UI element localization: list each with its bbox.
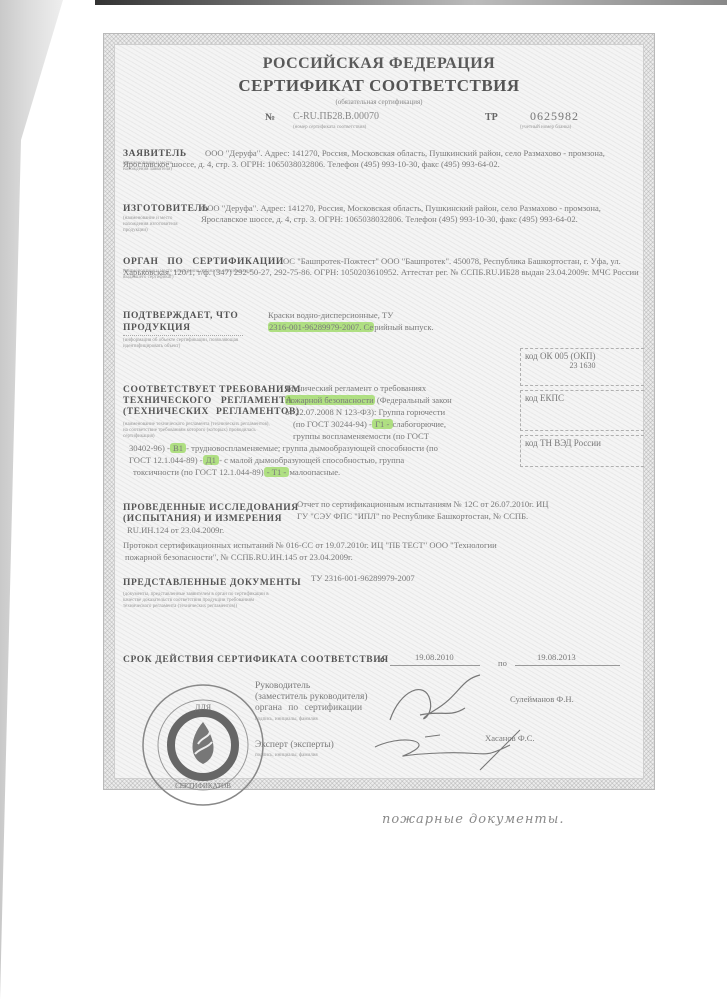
certificate-number: С-RU.ПБ28.В.00070 — [293, 111, 379, 122]
product-label-1: ПОДТВЕРЖДАЕТ, ЧТО — [123, 311, 238, 321]
head-title-2: (заместитель руководителя) — [255, 692, 368, 703]
certificate-subtitle: (обязательная сертификация) — [115, 98, 643, 106]
documents-text: ТУ 2316-001-96289979-2007 — [311, 573, 415, 584]
requirements-label-2: ТЕХНИЧЕСКОГО РЕГЛАМЕНТА — [123, 396, 293, 406]
expert-title: Эксперт (эксперты) — [255, 740, 334, 751]
validity-from: 19.08.2010 — [415, 652, 454, 663]
requirements-line-4: (по ГОСТ 30244-94) - Г1 - слабогорючие, — [293, 419, 446, 430]
highlight-g1: Г1 - — [372, 419, 393, 429]
tests-line-3: RU.ИН.124 от 23.04.2009г. — [127, 525, 224, 536]
tp-label: ТР — [485, 112, 498, 123]
requirements-line-7: ГОСТ 12.1.044-89) - Д1 - с малой дымообр… — [129, 455, 404, 466]
manufacturer-text: ООО "Деруфа". Адрес: 141270, Россия, Мос… — [201, 203, 643, 225]
tp-number: 0625982 — [530, 109, 579, 124]
country-title: РОССИЙСКАЯ ФЕДЕРАЦИЯ — [115, 55, 643, 73]
requirements-line-6: 30402-96) - В1 - трудновоспламеняемые; г… — [129, 443, 438, 454]
number-label: № — [265, 112, 275, 123]
requirements-label-1: СООТВЕТСТВУЕТ ТРЕБОВАНИЯМ — [123, 385, 301, 395]
okp-code-box: код ОК 005 (ОКП) 23 1630 — [520, 348, 644, 386]
tp-caption: (учетный номер бланка) — [520, 125, 571, 130]
validity-to: 19.08.2013 — [537, 652, 576, 663]
manufacturer-caption: (наименование и место нахождения изготов… — [123, 216, 191, 234]
documents-caption: (документы, представленные заявителем в … — [123, 592, 273, 610]
tests-line-2: ГУ "СЭУ ФПС "ИПЛ" по Республике Башкорто… — [297, 511, 528, 522]
handwritten-note: пожарные документы. — [382, 812, 564, 827]
product-caption: (информация об объекте сертификации, поз… — [123, 338, 245, 350]
ekps-code-box: код ЕКПС — [520, 390, 644, 431]
expert-signature-icon — [370, 725, 530, 780]
documents-label: ПРЕДСТАВЛЕННЫЕ ДОКУМЕНТЫ — [123, 578, 301, 588]
okp-code-label: код ОК 005 (ОКП) — [525, 351, 640, 361]
head-signature-icon — [380, 670, 500, 730]
requirements-caption: (наименование технического регламента (т… — [123, 422, 273, 440]
product-text-2: 2316-001-96289979-2007. Серийный выпуск. — [268, 322, 434, 333]
requirements-line-1: Технический регламент о требованиях — [285, 383, 426, 394]
requirements-label-3: (ТЕХНИЧЕСКИХ РЕГЛАМЕНТОВ) — [123, 407, 300, 417]
requirements-line-5: группы воспламеняемости (по ГОСТ — [293, 431, 429, 442]
svg-text:ДЛЯ: ДЛЯ — [195, 703, 212, 712]
tests-line-1: Отчет по сертификационным испытаниям № 1… — [297, 499, 548, 510]
validity-from-label: с — [380, 655, 385, 665]
tnved-code-label: код ТН ВЭД России — [525, 438, 640, 448]
product-highlight: 2316-001-96289979-2007. Се — [268, 322, 374, 332]
validity-to-label: по — [498, 658, 507, 669]
requirements-line-8: токсичности (по ГОСТ 12.1.044-89) - Т1 -… — [133, 467, 340, 478]
requirements-line-2: пожарной безопасности (Федеральный закон — [285, 395, 452, 406]
product-text-1: Краски водно-дисперсионные, ТУ — [268, 310, 393, 321]
certificate-body: РОССИЙСКАЯ ФЕДЕРАЦИЯ СЕРТИФИКАТ СООТВЕТС… — [114, 44, 644, 779]
tests-line-4: Протокол сертификационных испытаний № 01… — [123, 540, 497, 551]
number-caption: (номер сертификата соответствия) — [293, 125, 366, 130]
highlight-d1: Д1 — [203, 455, 219, 465]
ekps-code-label: код ЕКПС — [525, 393, 640, 403]
product-label-2: ПРОДУКЦИЯ — [123, 323, 191, 333]
tests-label-2: (ИСПЫТАНИЯ) И ИЗМЕРЕНИЯ — [123, 514, 282, 524]
requirements-line-3: от 22.07.2008 N 123-ФЗ): Группа горючест… — [285, 407, 445, 418]
okp-code-value: 23 1630 — [525, 361, 640, 370]
highlight-t1: - Т1 - — [264, 467, 290, 477]
head-title-3: органа по сертификации — [255, 703, 362, 714]
cert-body-text: ОС "Башпротек-Пожтест" ООО "Башпротек". … — [123, 256, 643, 278]
manufacturer-label: ИЗГОТОВИТЕЛЬ — [123, 204, 209, 214]
head-name: Сулейманов Ф.Н. — [510, 694, 574, 705]
certification-stamp-icon: ДЛЯ СЕРТИФИКАТОВ — [140, 682, 266, 808]
certificate-title: СЕРТИФИКАТ СООТВЕТСТВИЯ — [115, 76, 643, 96]
highlight-v1: В1 — [170, 443, 186, 453]
certificate: РОССИЙСКАЯ ФЕДЕРАЦИЯ СЕРТИФИКАТ СООТВЕТС… — [103, 33, 655, 790]
highlight-fire-safety: пожарной безопасности — [285, 395, 375, 405]
applicant-text: ООО "Деруфа". Адрес: 141270, Россия, Мос… — [123, 148, 643, 170]
tnved-code-box: код ТН ВЭД России — [520, 435, 644, 467]
validity-label: СРОК ДЕЙСТВИЯ СЕРТИФИКАТА СООТВЕТСТВИЯ — [123, 655, 389, 665]
scan-shadow-left — [0, 0, 70, 1000]
tests-label-1: ПРОВЕДЕННЫЕ ИССЛЕДОВАНИЯ — [123, 503, 299, 513]
svg-text:СЕРТИФИКАТОВ: СЕРТИФИКАТОВ — [175, 782, 231, 790]
scan-shadow-top — [95, 0, 727, 5]
tests-line-5: пожарной безопасности", № ССПБ.RU.ИН.145… — [125, 552, 353, 563]
